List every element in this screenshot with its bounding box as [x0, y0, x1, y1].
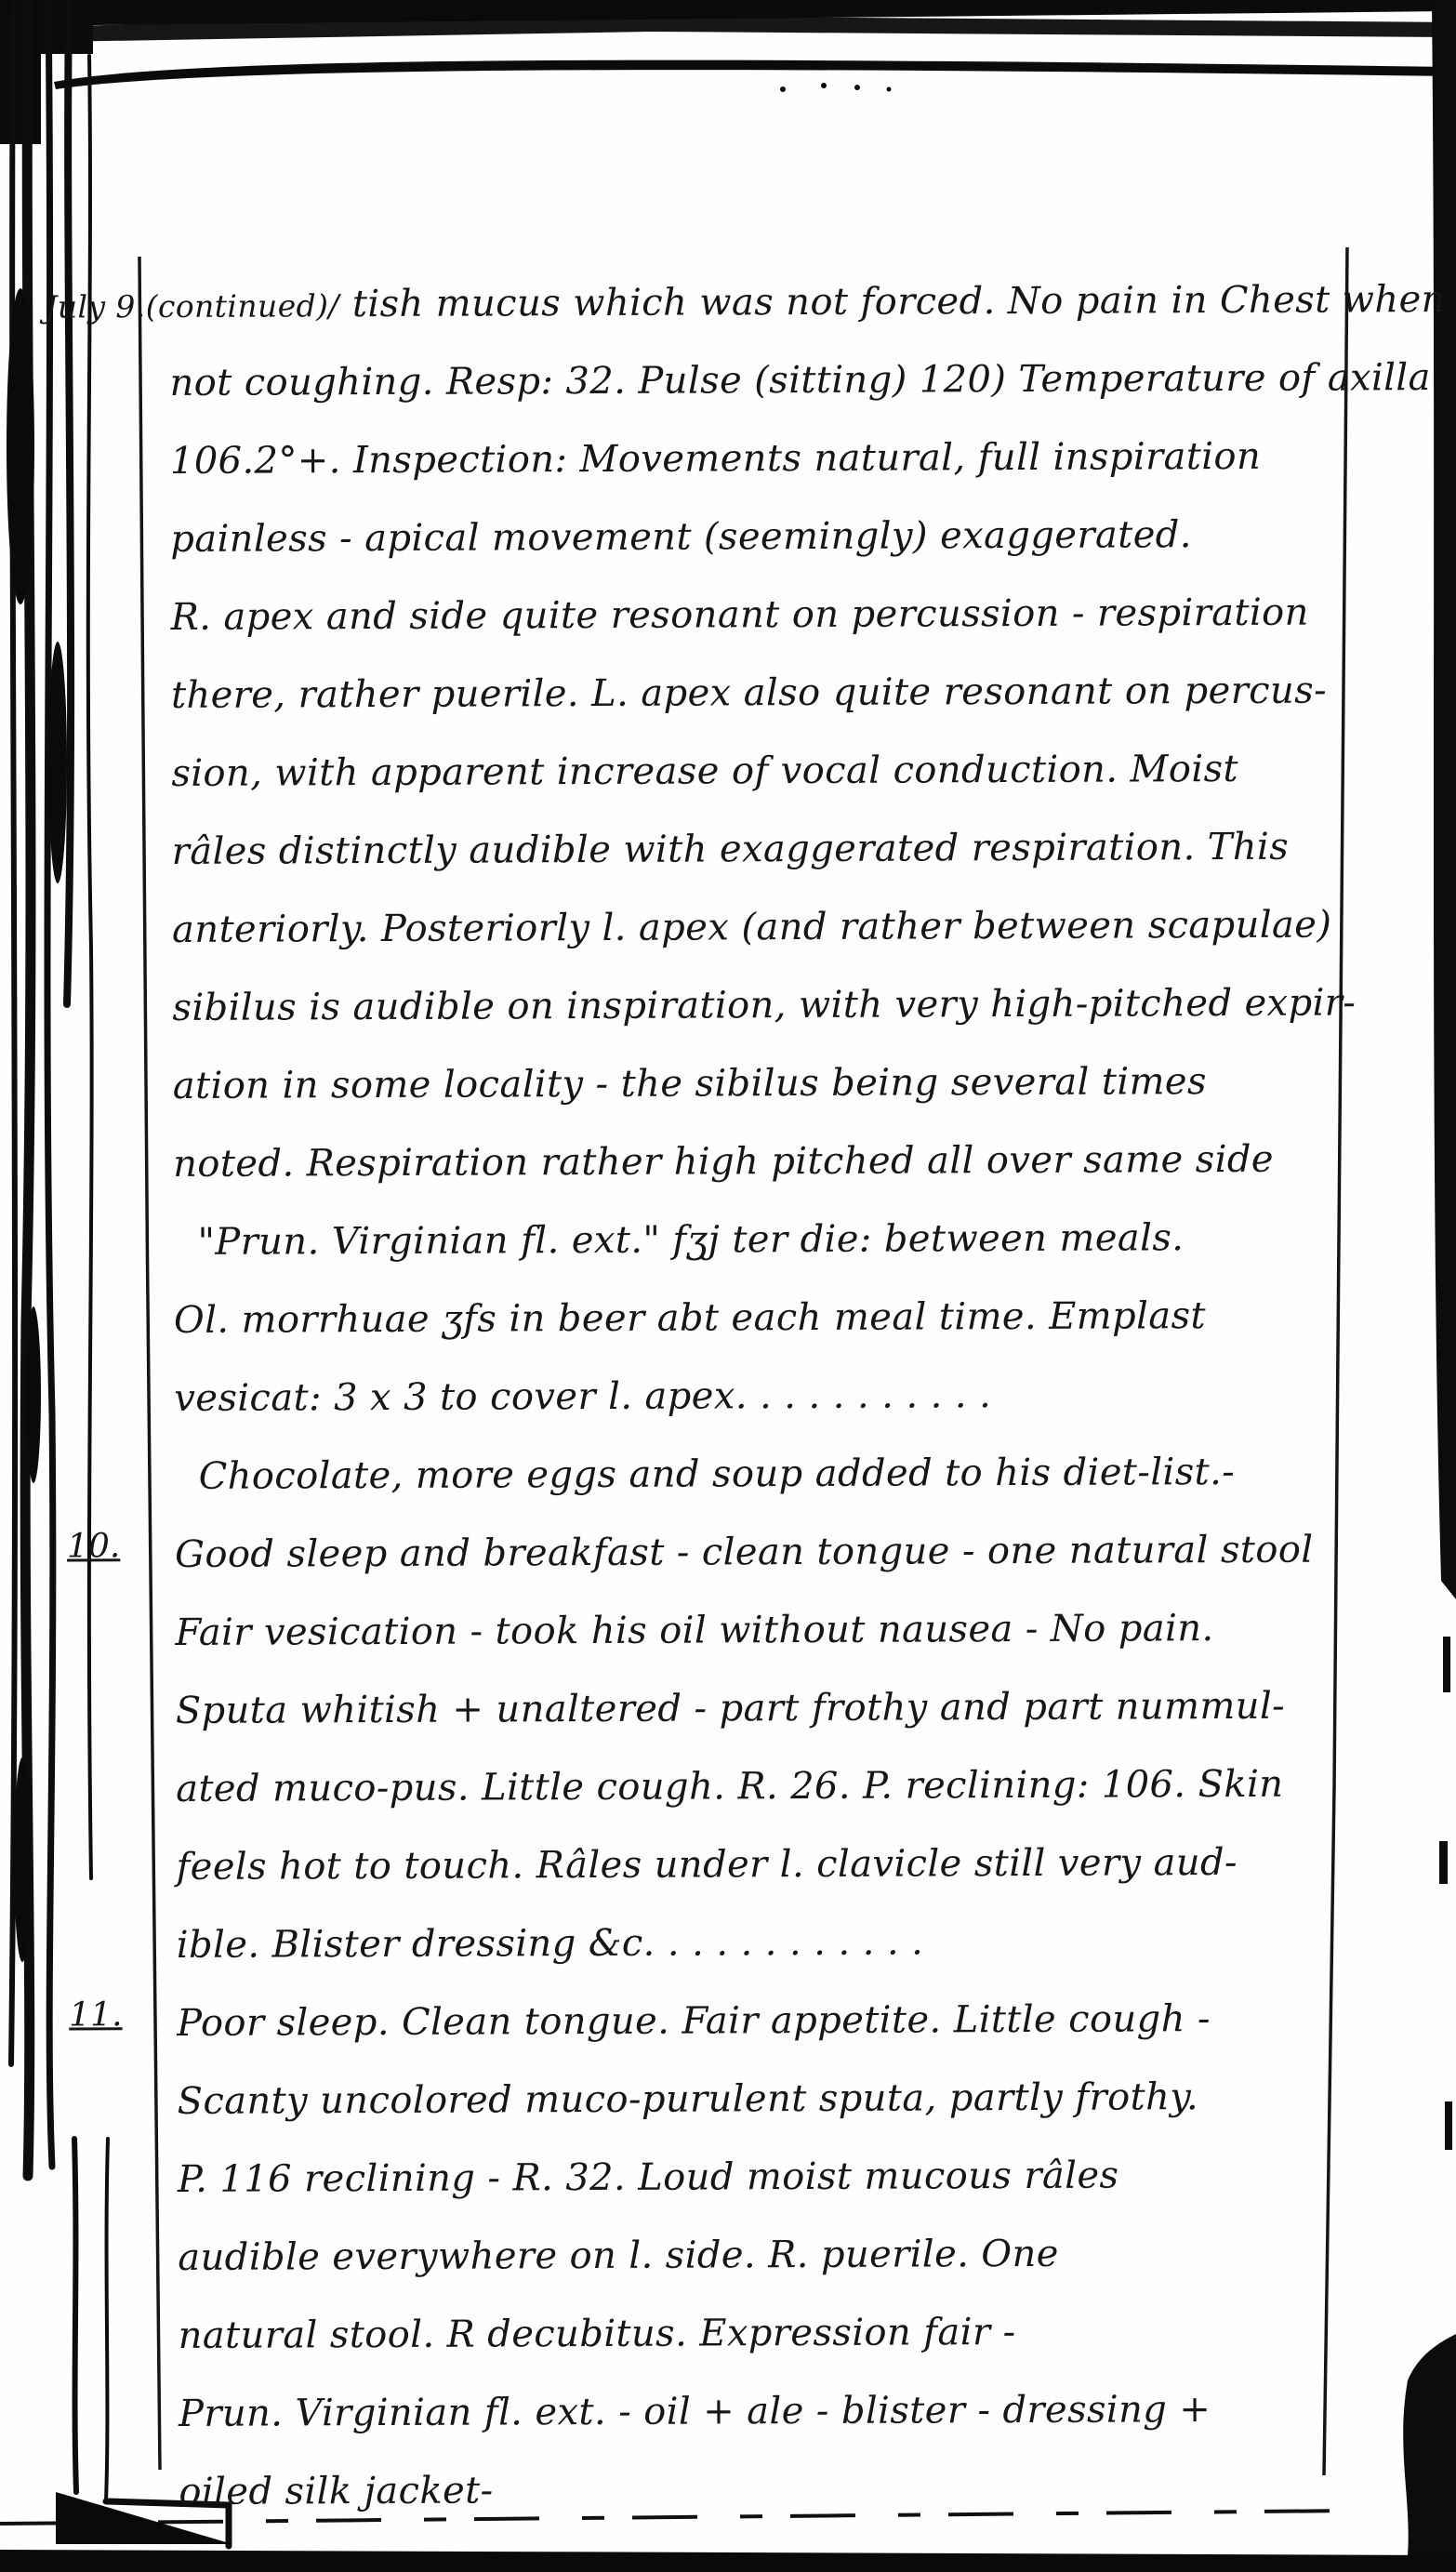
manuscript-line: audible everywhere on l. side. R. pueril… [178, 2214, 1344, 2297]
manuscript-line: râles distinctly audible with exaggerate… [172, 808, 1339, 891]
entry-number: 11. [69, 1995, 122, 2034]
manuscript-line: R. apex and side quite resonant on percu… [170, 574, 1337, 656]
manuscript-line: Scanty uncolored muco-purulent sputa, pa… [177, 2058, 1343, 2141]
manuscript-line: Ol. morrhuae ʒfs in beer abt each meal t… [174, 1277, 1341, 1359]
manuscript-line: ation in some locality - the sibilus bei… [173, 1042, 1340, 1125]
manuscript-line: Fair vesication - took his oil without n… [175, 1589, 1342, 1672]
manuscript-line: ated muco-pus. Little cough. R. 26. P. r… [176, 1745, 1343, 1828]
manuscript-line: sion, with apparent increase of vocal co… [171, 730, 1338, 813]
manuscript-line: feels hot to touch. Râles under l. clavi… [176, 1823, 1343, 1906]
scan-edge-top [0, 0, 1456, 144]
manuscript-line: Chocolate, more eggs and soup added to h… [174, 1433, 1341, 1516]
manuscript-line: anteriorly. Posteriorly l. apex (and rat… [172, 886, 1339, 969]
manuscript-line: noted. Respiration rather high pitched a… [173, 1120, 1340, 1203]
manuscript-line: July 9.(continued)/tish mucus which was … [45, 261, 1336, 345]
manuscript-line: oiled silk jacket- [179, 2448, 1345, 2531]
manuscript-line-text: tish mucus which was not forced. No pain… [352, 278, 1446, 325]
manuscript-line: sibilus is audible on inspiration, with … [172, 964, 1339, 1047]
manuscript-text: July 9.(continued)/tish mucus which was … [169, 261, 1346, 2531]
entry-july-9-continued: July 9.(continued)/tish mucus which was … [169, 261, 1342, 1516]
manuscript-line: "Prun. Virginian fl. ext." fʒj ter die: … [173, 1199, 1340, 1281]
scan-edge-left-blobs [7, 288, 67, 1962]
manuscript-line: painless - apical movement (seemingly) e… [170, 496, 1337, 578]
manuscript-line: natural stool. R decubitus. Expression f… [179, 2292, 1345, 2375]
manuscript-line: Poor sleep. Clean tongue. Fair appetite.… [177, 1980, 1343, 2062]
entry-date: July 9.(continued)/ [45, 287, 339, 325]
manuscript-line: Good sleep and breakfast - clean tongue … [175, 1511, 1342, 1594]
manuscript-line: not coughing. Resp: 32. Pulse (sitting) … [169, 339, 1336, 422]
margin-rule-left [139, 257, 160, 2470]
entry-number: 10. [67, 1527, 120, 1565]
entry-11: 11. Poor sleep. Clean tongue. Fair appet… [177, 1980, 1346, 2531]
manuscript-line: ible. Blister dressing &c. . . . . . . .… [177, 1902, 1343, 1984]
scanned-manuscript-page: July 9.(continued)/tish mucus which was … [0, 0, 1456, 2572]
manuscript-line: Prun. Virginian fl. ext. - oil + ale - b… [179, 2370, 1345, 2453]
entry-10: 10. Good sleep and breakfast - clean ton… [175, 1511, 1343, 1984]
manuscript-line: there, rather puerile. L. apex also quit… [171, 652, 1338, 735]
manuscript-line: vesicat: 3 x 3 to cover l. apex. . . . .… [174, 1355, 1341, 1438]
manuscript-line: Sputa whitish + unaltered - part frothy … [176, 1667, 1343, 1750]
manuscript-line: 106.2°+. Inspection: Movements natural, … [170, 418, 1337, 500]
manuscript-line: P. 116 reclining - R. 32. Loud moist muc… [178, 2136, 1344, 2219]
